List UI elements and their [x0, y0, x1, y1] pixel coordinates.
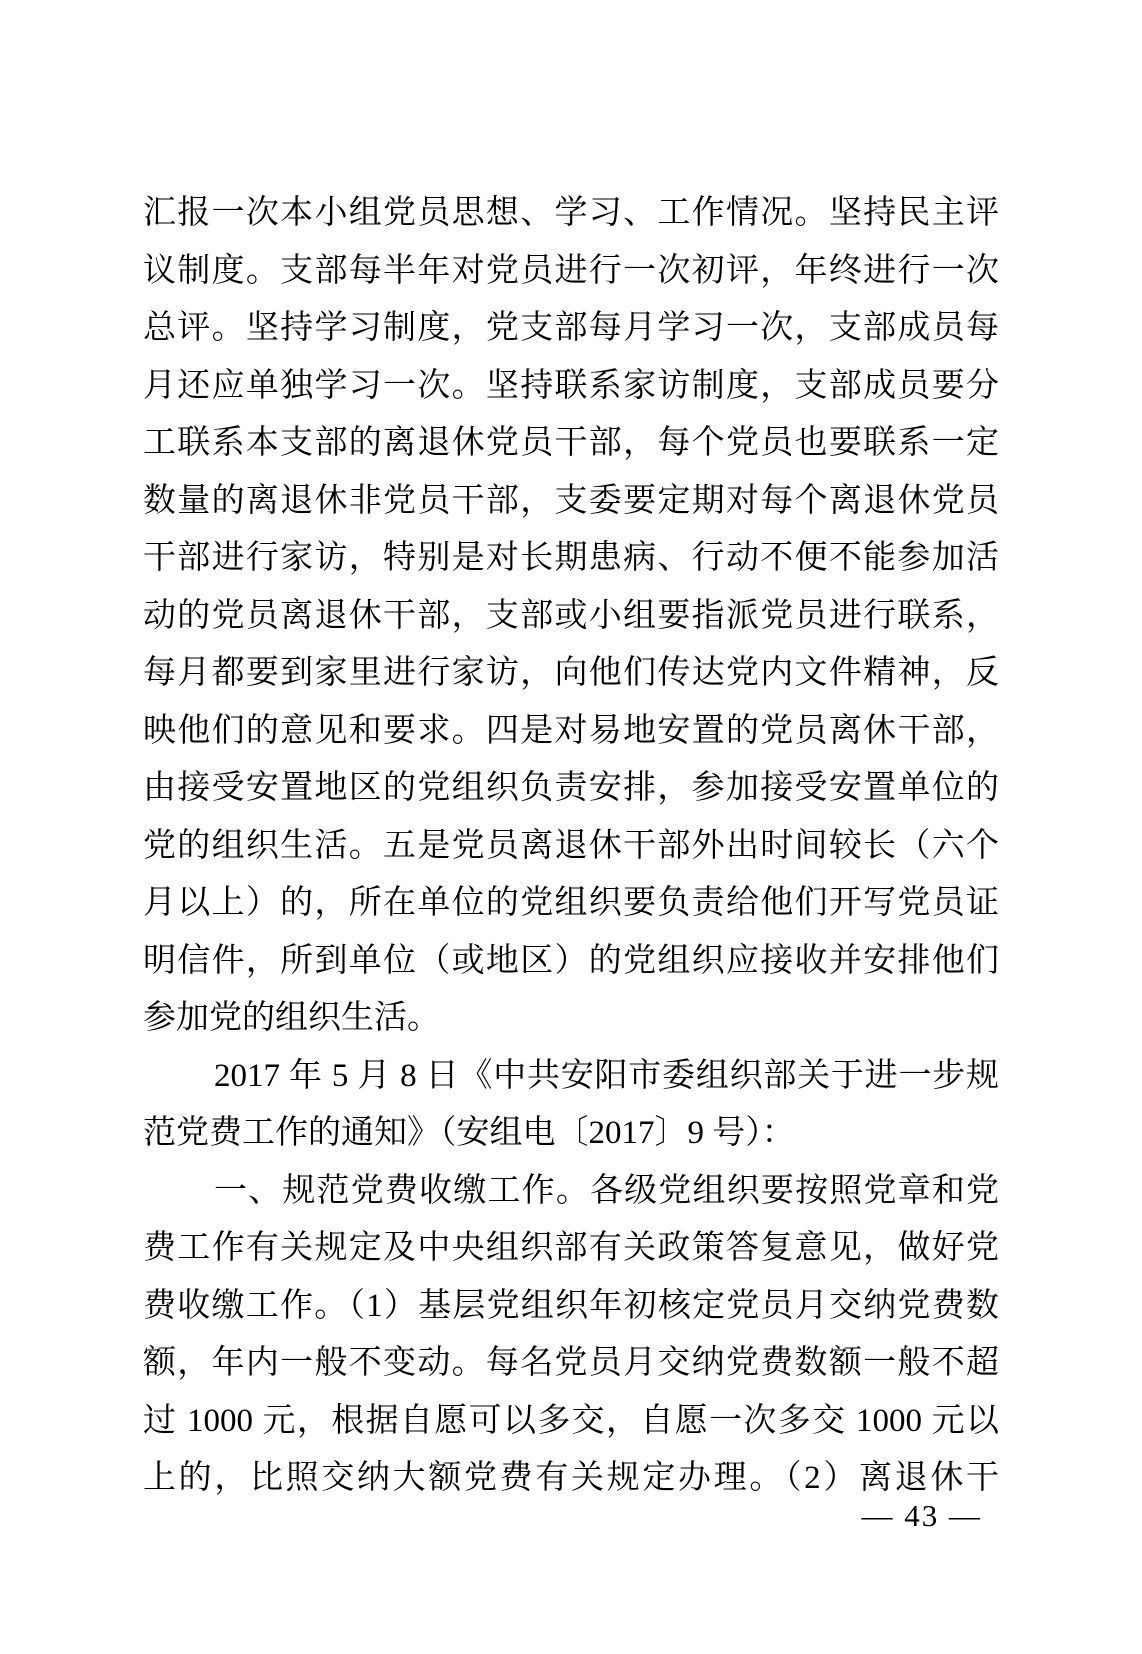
text-line: 一、规范党费收缴工作。各级党组织要按照党章和党 [143, 1163, 999, 1221]
text-line: 汇报一次本小组党员思想、学习、工作情况。坚持民主评 [143, 185, 999, 243]
text-line: 明信件，所到单位（或地区）的党组织应接收并安排他们 [143, 933, 999, 991]
text-line: 费收缴工作。（1）基层党组织年初核定党员月交纳党费数 [143, 1278, 999, 1336]
text-line: 党的组织生活。五是党员离退休干部外出时间较长（六个 [143, 818, 999, 876]
document-page: 汇报一次本小组党员思想、学习、工作情况。坚持民主评议制度。支部每半年对党员进行一… [0, 0, 1142, 1654]
text-line: 过 1000 元，根据自愿可以多交，自愿一次多交 1000 元以 [143, 1393, 999, 1451]
text-line: 参加党的组织生活。 [143, 990, 999, 1048]
text-line: 数量的离退休非党员干部，支委要定期对每个离退休党员 [143, 473, 999, 531]
text-line: 映他们的意见和要求。四是对易地安置的党员离休干部， [143, 703, 999, 761]
text-line: 月以上）的，所在单位的党组织要负责给他们开写党员证 [143, 875, 999, 933]
text-line: 2017 年 5 月 8 日《中共安阳市委组织部关于进一步规 [143, 1048, 999, 1106]
text-line: 每月都要到家里进行家访，向他们传达党内文件精神，反 [143, 645, 999, 703]
text-line: 动的党员离退休干部，支部或小组要指派党员进行联系， [143, 588, 999, 646]
page-number: — 43 — [862, 1496, 983, 1536]
text-line: 总评。坚持学习制度，党支部每月学习一次，支部成员每 [143, 300, 999, 358]
document-text: 汇报一次本小组党员思想、学习、工作情况。坚持民主评议制度。支部每半年对党员进行一… [143, 185, 999, 1508]
text-line: 月还应单独学习一次。坚持联系家访制度，支部成员要分 [143, 358, 999, 416]
text-line: 费工作有关规定及中央组织部有关政策答复意见，做好党 [143, 1220, 999, 1278]
text-line: 由接受安置地区的党组织负责安排，参加接受安置单位的 [143, 760, 999, 818]
text-line: 额，年内一般不变动。每名党员月交纳党费数额一般不超 [143, 1335, 999, 1393]
text-line: 议制度。支部每半年对党员进行一次初评，年终进行一次 [143, 243, 999, 301]
text-line: 干部进行家访，特别是对长期患病、行动不便不能参加活 [143, 530, 999, 588]
text-line: 工联系本支部的离退休党员干部，每个党员也要联系一定 [143, 415, 999, 473]
text-line: 范党费工作的通知》（安组电〔2017〕9 号）： [143, 1105, 999, 1163]
